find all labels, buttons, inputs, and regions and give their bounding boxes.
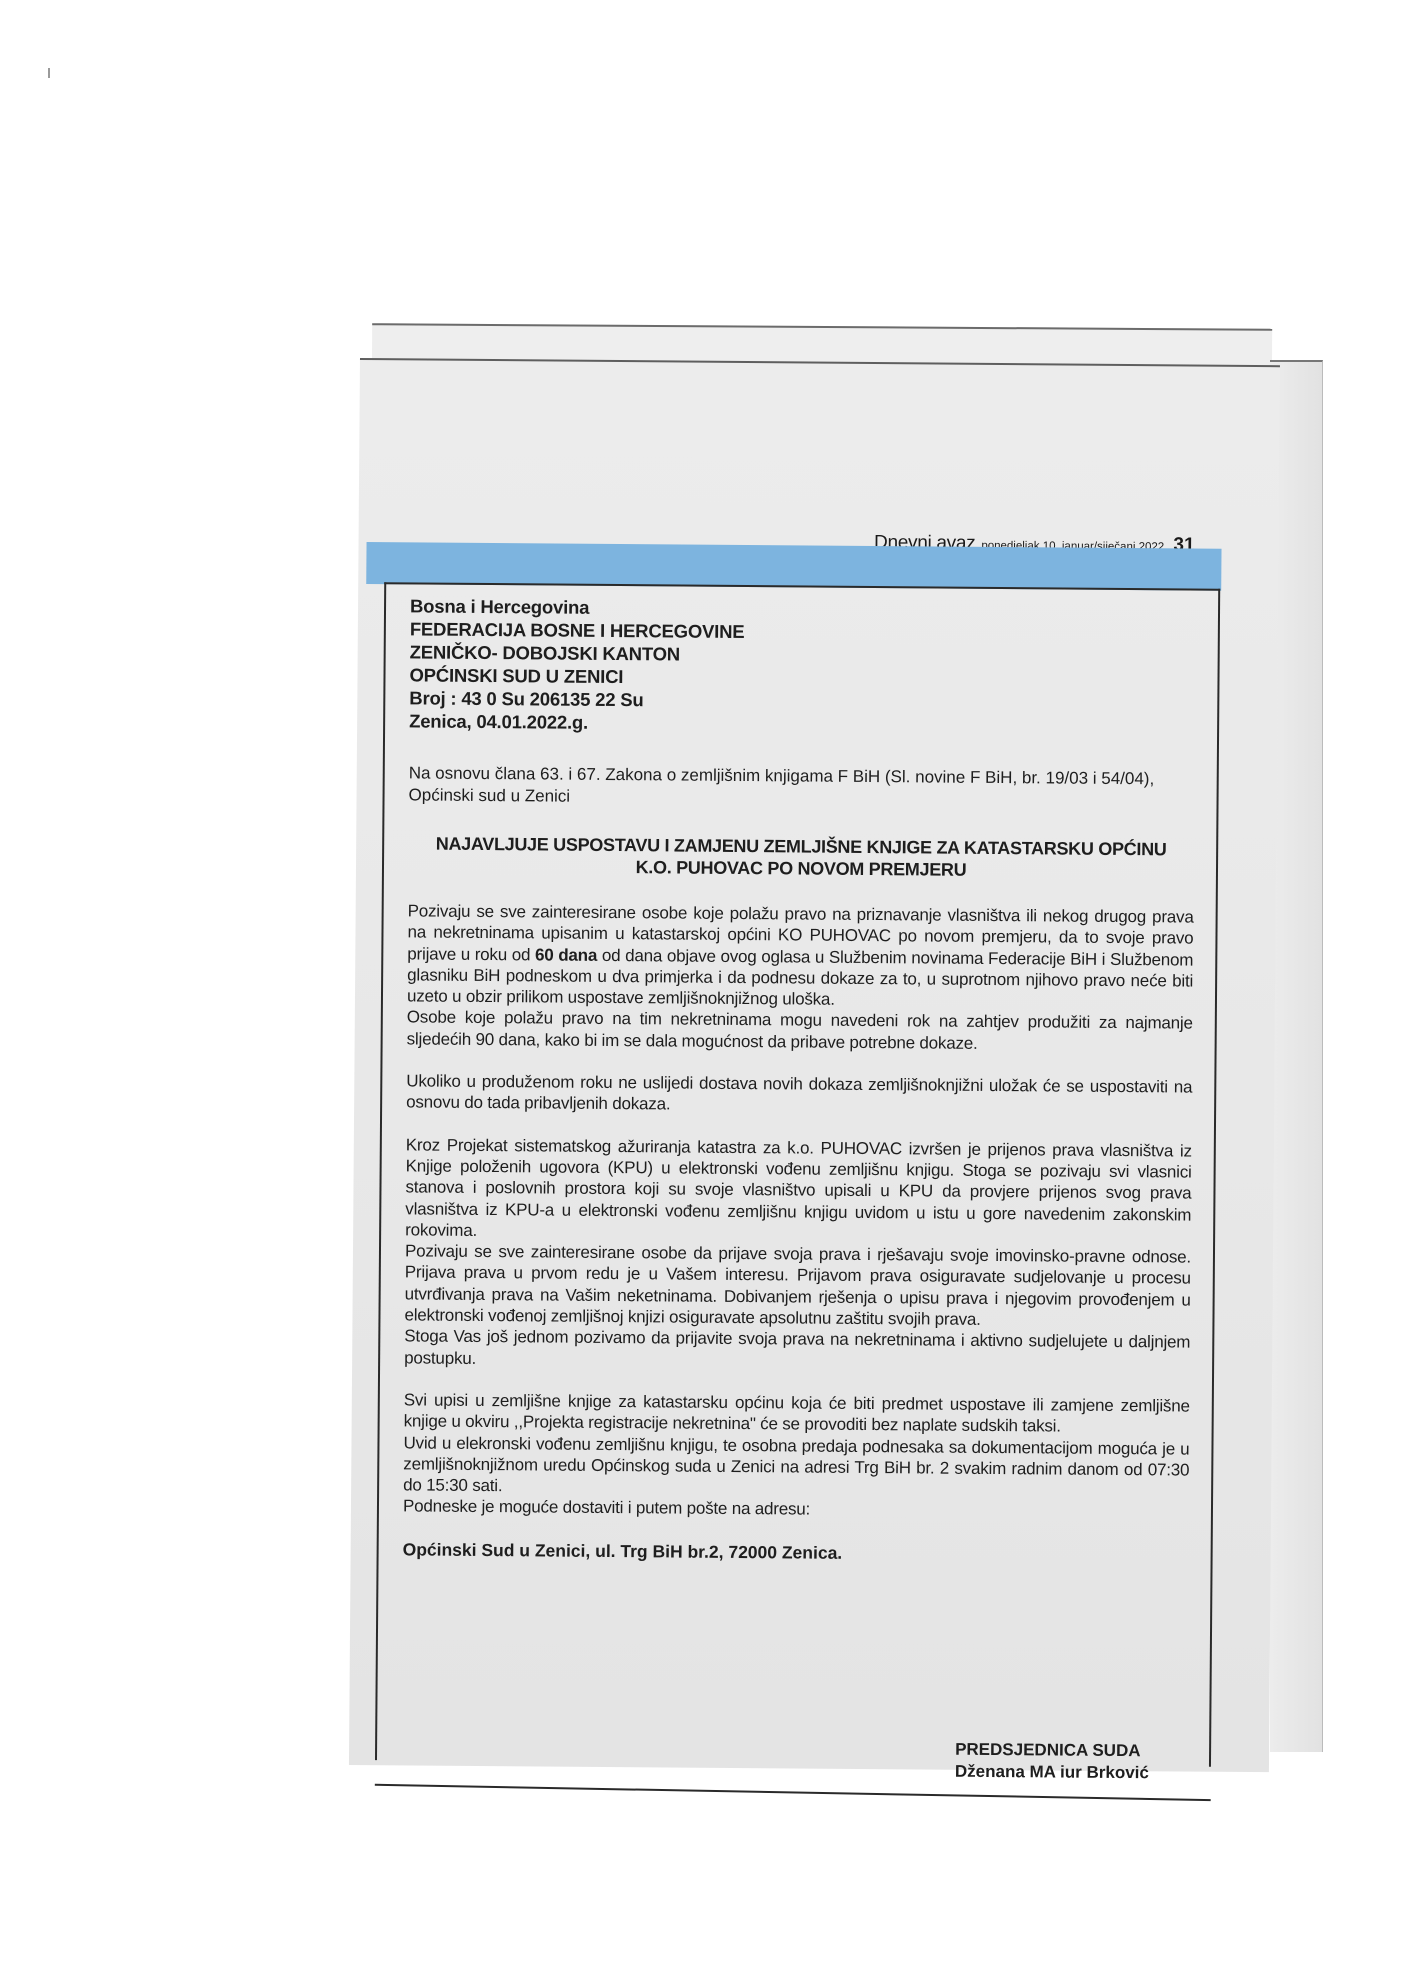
scan-speck [48, 68, 50, 78]
box-bottom-border [375, 1784, 1211, 1801]
paragraph-kpu-transfer: Kroz Projekat sistematskog ažuriranja ka… [405, 1134, 1192, 1247]
legal-basis: Na osnovu člana 63. i 67. Zakona o zemlj… [408, 762, 1194, 812]
deadline-highlight: 60 dana [535, 945, 597, 964]
paragraph-office-hours: Uvid u elekronski vođenu zemljišnu knjig… [403, 1432, 1189, 1502]
court-notice: Bosna i Hercegovina FEDERACIJA BOSNE I H… [375, 582, 1220, 1767]
court-address: Općinski Sud u Zenici, ul. Trg BiH br.2,… [403, 1539, 1189, 1566]
signatory-title: PREDSJEDNICA SUDA [955, 1739, 1149, 1763]
paragraph-reminder: Stoga Vas još jednom pozivamo da prijavi… [404, 1326, 1190, 1375]
notice-title: NAJAVLJUJE USPOSTAVU I ZAMJENU ZEMLJIŠNE… [408, 832, 1194, 882]
paragraph-register-rights: Pozivaju se sve zainteresirane osobe da … [404, 1241, 1191, 1332]
paragraph-extended-deadline: Ukoliko u produženom roku ne uslijedi do… [406, 1070, 1192, 1119]
newspaper-clipping: Dnevni avaz ponedjeljak 10. januar/siječ… [349, 358, 1280, 1772]
header-place-date: Zenica, 04.01.2022.g. [409, 709, 1195, 738]
signatory-name: Dženana MA iur Brković [955, 1761, 1149, 1785]
signature-block: PREDSJEDNICA SUDA Dženana MA iur Brković [955, 1739, 1149, 1785]
paragraph-invitation: Pozivaju se sve zainteresirane osobe koj… [407, 900, 1194, 1013]
notice-header: Bosna i Hercegovina FEDERACIJA BOSNE I H… [409, 594, 1196, 738]
paragraph-extension: Osobe koje polažu pravo na tim nekretnin… [407, 1007, 1193, 1056]
paragraph-fees: Svi upisi u zemljišne knjige za katastar… [404, 1389, 1190, 1438]
